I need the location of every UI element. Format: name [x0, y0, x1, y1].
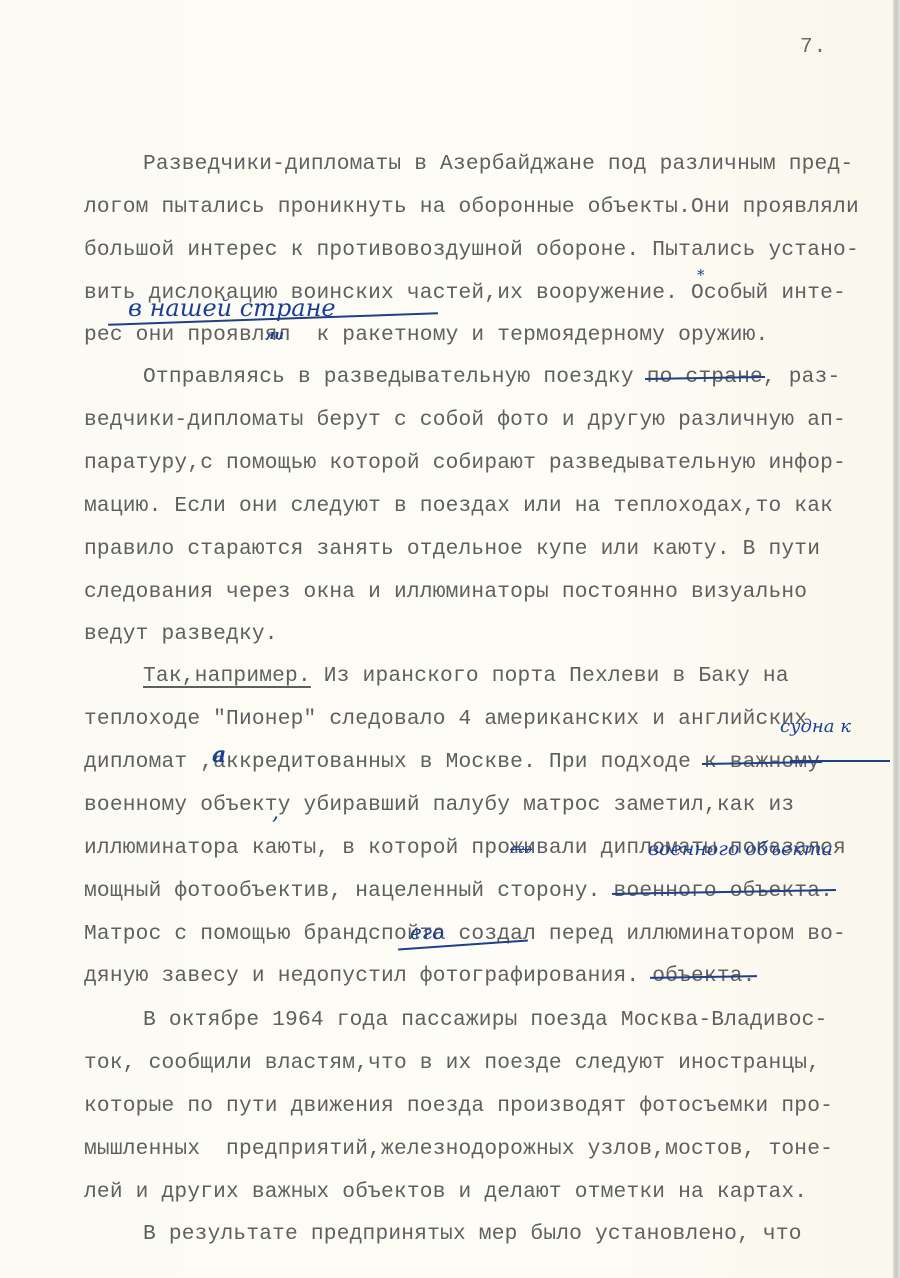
handwritten-struck-eto: его — [510, 842, 532, 857]
text-line: ток, сообщили властям,что в их поезде сл… — [84, 1051, 820, 1075]
text-line: военному объекту убиравший палубу матрос… — [84, 793, 794, 817]
struck-text: объекта. — [652, 964, 755, 988]
text-line: теплоходе "Пионер" следовало 4 американс… — [84, 707, 807, 731]
handwritten-strike-line — [790, 760, 890, 762]
text-line: ведчики-дипломаты берут с собой фото и д… — [84, 408, 846, 432]
document-page: 7. Разведчики-дипломаты в Азербайджане п… — [0, 0, 893, 1278]
emphasis-lead: Так,например. — [143, 664, 311, 688]
handwritten-comma: , — [272, 800, 279, 825]
handwritten-correction-li: ли — [265, 328, 284, 343]
text-line: ведут разведку. — [84, 622, 278, 646]
handwritten-insert-military-object: военного объекта — [648, 838, 833, 860]
page-edge — [893, 0, 900, 1278]
text-line: мощный фотообъектив, нацеленный егосторо… — [84, 879, 833, 903]
text-line: логом пытались проникнуть на оборонные о… — [84, 195, 859, 219]
text-line: следования через окна и иллюминаторы пос… — [84, 580, 807, 604]
handwritten-insert-ego: его — [410, 920, 444, 944]
handwritten-insert-ship-to: судна к — [780, 716, 851, 737]
struck-text: по стране — [647, 365, 763, 389]
text-line: мышленных предприятий,железнодорожных уз… — [84, 1137, 833, 1161]
text-line: паратуру,с помощью которой собирают разв… — [84, 451, 846, 475]
text-line: правило стараются занять отдельное купе … — [84, 537, 820, 561]
text-line: дипломат ,аккредитованных в Москве. При … — [84, 750, 820, 774]
text-line: В октябре 1964 года пассажиры поезда Мос… — [143, 1008, 827, 1032]
text-line: дяную завесу и недопустил фотографирован… — [84, 964, 756, 988]
text-line: Разведчики-дипломаты в Азербайджане под … — [143, 152, 853, 176]
text-line: В результате предпринятых мер было устан… — [143, 1222, 802, 1246]
page-number: 7. — [800, 36, 827, 59]
text-line: большой интерес к противовоздушной оборо… — [84, 238, 859, 262]
struck-text: к важному — [704, 750, 820, 774]
text-line: Матрос с помощью брандспойта создал пере… — [84, 922, 846, 946]
struck-text: военного объекта. — [614, 879, 834, 903]
text-line: мацию. Если они следуют в поездах или на… — [84, 494, 833, 518]
text-line: Так,например. Из иранского порта Пехлеви… — [143, 664, 789, 688]
text-line: которые по пути движения поезда производ… — [84, 1094, 833, 1118]
handwritten-asterisk: * — [697, 266, 705, 284]
text-line: лей и других важных объектов и делают от… — [84, 1180, 807, 1204]
text-line: рес они проявлял к ракетному и термоядер… — [84, 323, 768, 347]
text-line: Отправляясь в разведывательную поездку п… — [143, 365, 840, 389]
handwritten-ending-a: а — [212, 742, 226, 768]
